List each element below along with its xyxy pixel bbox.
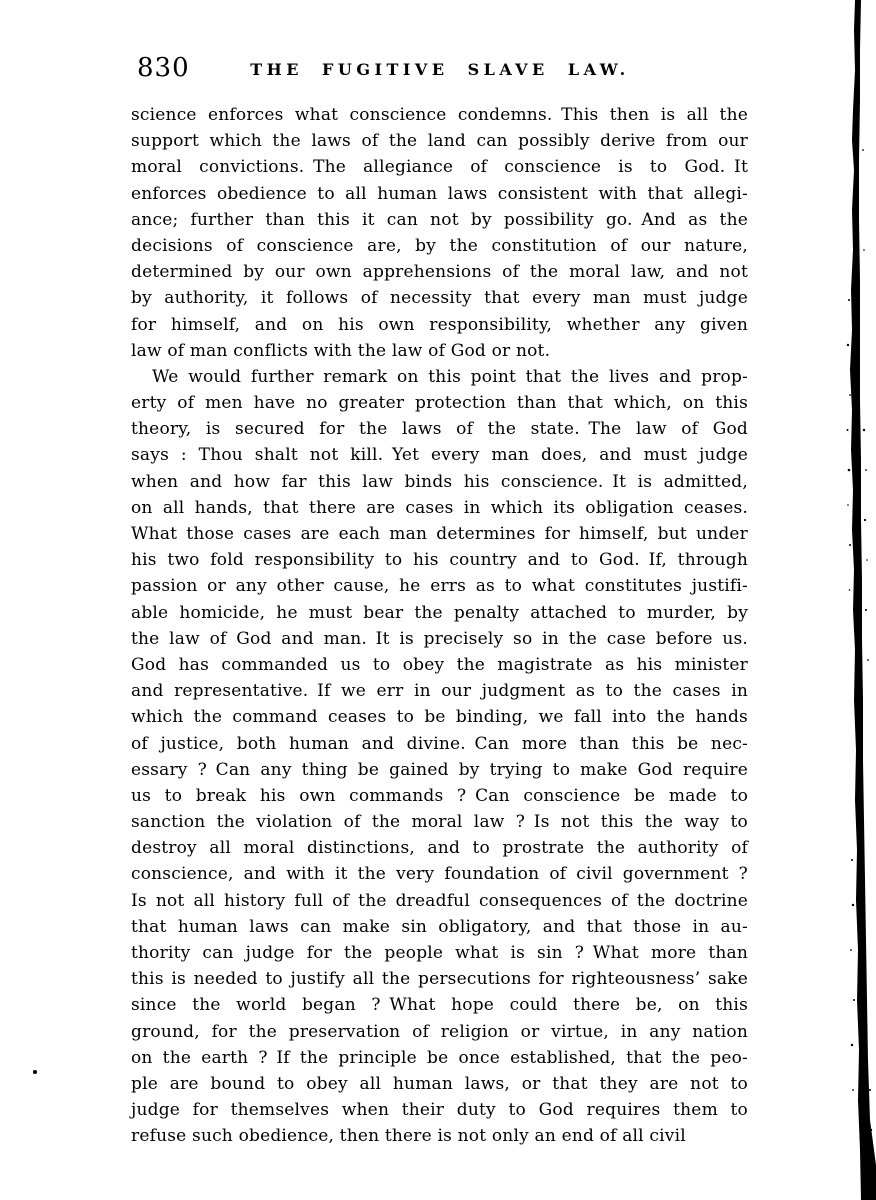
text-line: his two fold responsibility to his count… <box>131 547 748 573</box>
text-line: on all hands, that there are cases in wh… <box>131 495 748 521</box>
text-line: God has commanded us to obey the magistr… <box>131 652 748 678</box>
text-line: ple are bound to obey all human laws, or… <box>131 1071 748 1097</box>
text-line: passion or any other cause, he errs as t… <box>131 573 748 599</box>
text-line: conscience, and with it the very foundat… <box>131 861 748 887</box>
text-line: the law of God and man. It is precisely … <box>131 626 748 652</box>
scanned-book-page: 830 THE FUGITIVE SLAVE LAW. science enfo… <box>0 0 876 1200</box>
text-line: law of man conflicts with the law of God… <box>131 338 748 364</box>
text-line: ground, for the preservation of religion… <box>131 1019 748 1045</box>
text-line: determined by our own apprehensions of t… <box>131 259 748 285</box>
text-line: We would further remark on this point th… <box>131 364 748 390</box>
paragraph: We would further remark on this point th… <box>131 364 748 1150</box>
text-line: ance; further than this it can not by po… <box>131 207 748 233</box>
page-body-text: science enforces what conscience condemn… <box>131 102 748 1150</box>
text-line: sanction the violation of the moral law … <box>131 809 748 835</box>
text-line: science enforces what conscience condemn… <box>131 102 748 128</box>
text-line: which the command ceases to be binding, … <box>131 704 748 730</box>
text-line: this is needed to justify all the persec… <box>131 966 748 992</box>
paragraph: science enforces what conscience condemn… <box>131 102 748 364</box>
text-line: essary ? Can any thing be gained by tryi… <box>131 757 748 783</box>
text-line: refuse such obedience, then there is not… <box>131 1123 748 1149</box>
text-line: able homicide, he must bear the penalty … <box>131 600 748 626</box>
text-line: that human laws can make sin obligatory,… <box>131 914 748 940</box>
text-line: erty of men have no greater protection t… <box>131 390 748 416</box>
text-line: since the world began ? What hope could … <box>131 992 748 1018</box>
text-line: and representative. If we err in our jud… <box>131 678 748 704</box>
text-line: when and how far this law binds his cons… <box>131 469 748 495</box>
text-line: What those cases are each man determines… <box>131 521 748 547</box>
text-line: by authority, it follows of necessity th… <box>131 285 748 311</box>
running-header-title: THE FUGITIVE SLAVE LAW. <box>131 60 749 80</box>
text-line: enforces obedience to all human laws con… <box>131 181 748 207</box>
text-line: says : Thou shalt not kill. Yet every ma… <box>131 442 748 468</box>
text-line: theory, is secured for the laws of the s… <box>131 416 748 442</box>
text-line: judge for themselves when their duty to … <box>131 1097 748 1123</box>
text-line: moral convictions. The allegiance of con… <box>131 154 748 180</box>
text-line: of justice, both human and divine. Can m… <box>131 731 748 757</box>
scan-gutter-artifact <box>846 0 876 1200</box>
text-line: on the earth ? If the principle be once … <box>131 1045 748 1071</box>
text-line: for himself, and on his own responsibili… <box>131 312 748 338</box>
text-line: decisions of conscience are, by the cons… <box>131 233 748 259</box>
text-line: us to break his own commands ? Can consc… <box>131 783 748 809</box>
ink-speck-artifact <box>33 1070 37 1074</box>
text-line: support which the laws of the land can p… <box>131 128 748 154</box>
text-line: destroy all moral distinctions, and to p… <box>131 835 748 861</box>
text-line: Is not all history full of the dreadful … <box>131 888 748 914</box>
text-line: thority can judge for the people what is… <box>131 940 748 966</box>
